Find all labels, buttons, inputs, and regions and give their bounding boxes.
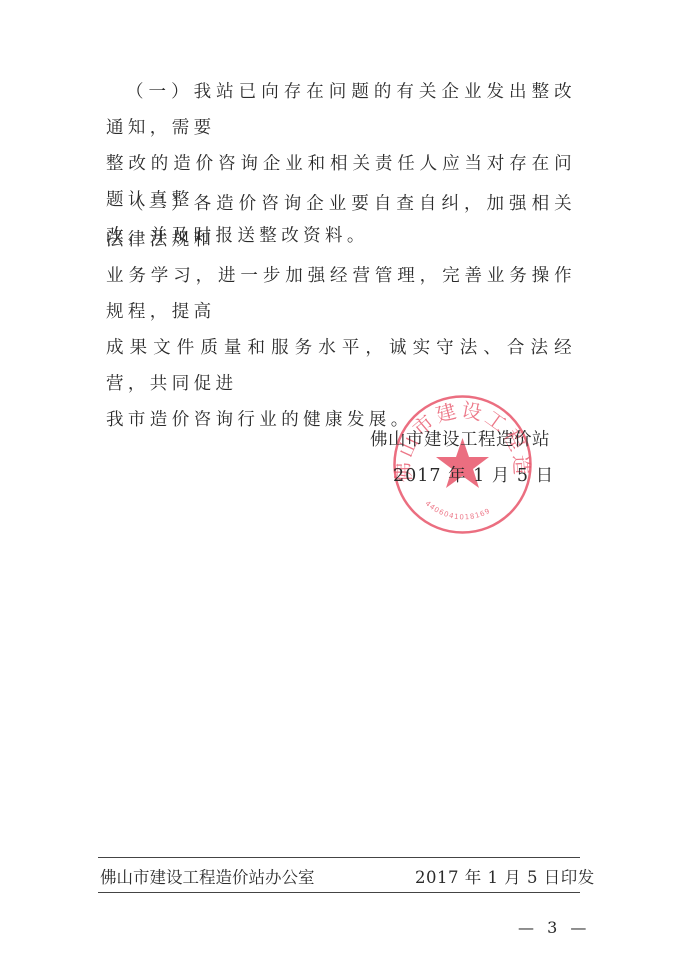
footer-top-rule: [98, 857, 580, 858]
paragraph-line: 业务学习，进一步加强经营管理，完善业务操作规程，提高: [106, 258, 576, 330]
signature-date: 2017 年 1 月 5 日: [393, 462, 554, 487]
paragraph-line: （二）各造价咨询企业要自查自纠，加强相关法律法规和: [106, 186, 576, 258]
footer-issue-date: 2017 年 1 月 5 日印发: [415, 864, 595, 888]
page-number: — 3 —: [518, 918, 590, 937]
signature-organization: 佛山市建设工程造价站: [370, 426, 550, 451]
svg-text:4406041018169: 4406041018169: [424, 499, 492, 521]
footer-issuer: 佛山市建设工程造价站办公室: [100, 864, 315, 888]
footer-bottom-rule: [98, 892, 580, 893]
paragraph-line: （一）我站已向存在问题的有关企业发出整改通知，需要: [106, 74, 576, 146]
